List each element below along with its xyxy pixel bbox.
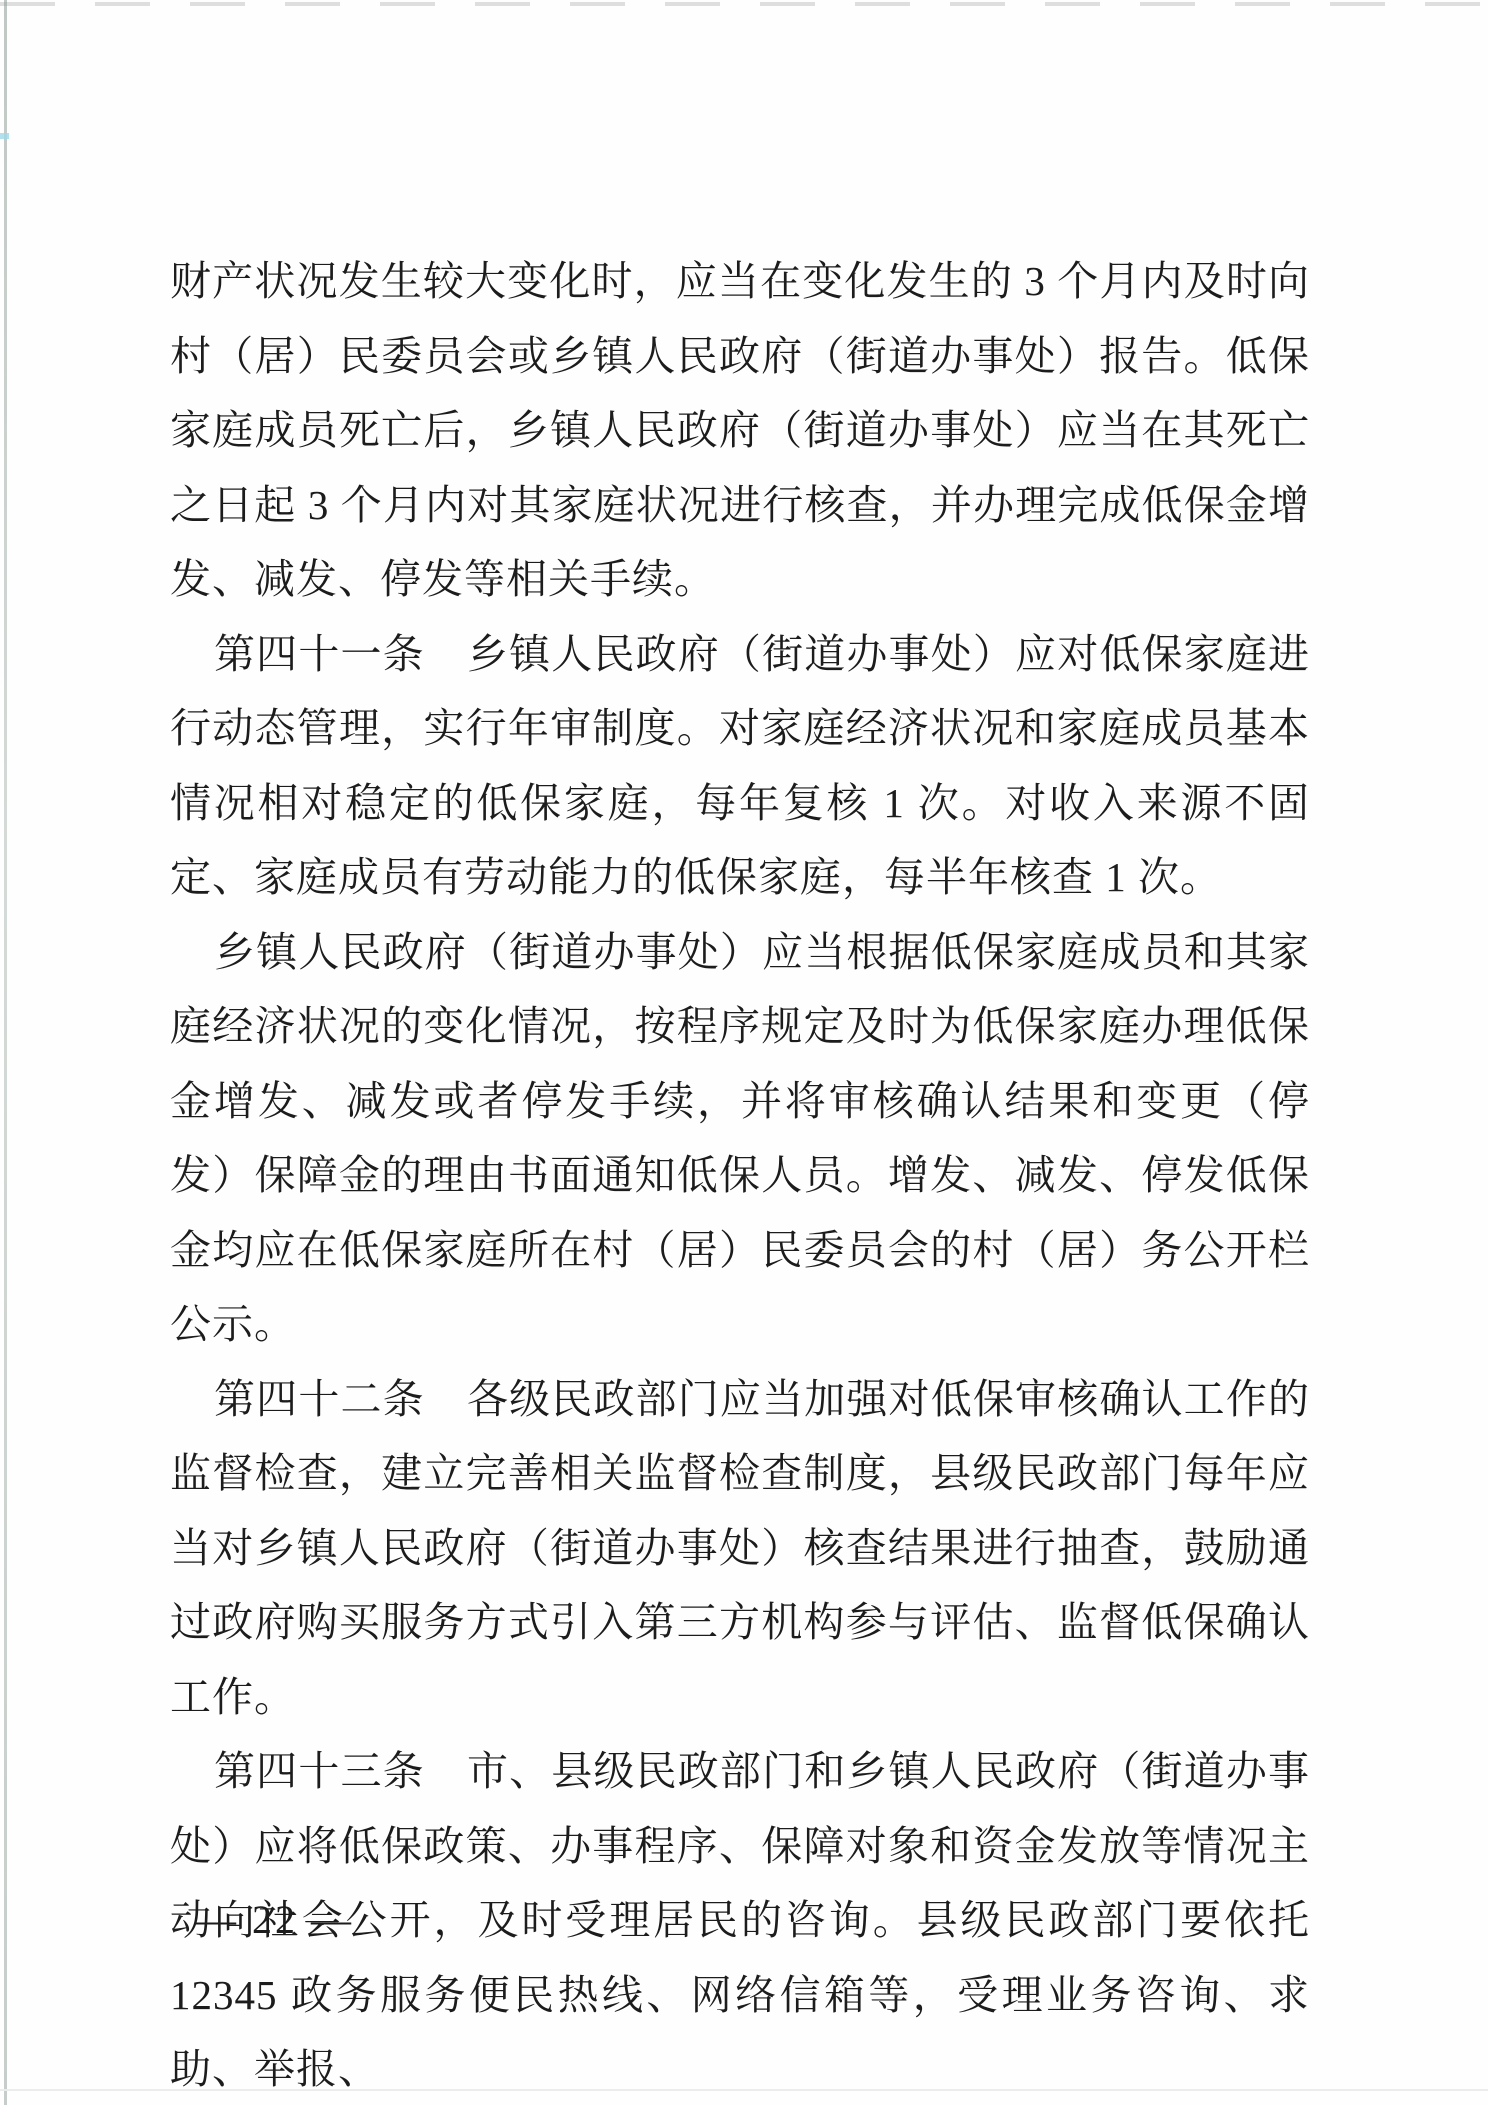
article-41-paragraph: 第四十一条 乡镇人民政府（街道办事处）应对低保家庭进行动态管理，实行年审制度。对… (170, 617, 1310, 915)
continuation-paragraph: 财产状况发生较大变化时，应当在变化发生的 3 个月内及时向村（居）民委员会或乡镇… (170, 244, 1310, 617)
document-body-text: 财产状况发生较大变化时，应当在变化发生的 3 个月内及时向村（居）民委员会或乡镇… (170, 244, 1310, 2105)
document-page: 财产状况发生较大变化时，应当在变化发生的 3 个月内及时向村（居）民委员会或乡镇… (0, 0, 1488, 2105)
scan-cyan-mark-artifact (0, 133, 9, 139)
article-41-second-paragraph: 乡镇人民政府（街道办事处）应当根据低保家庭成员和其家庭经济状况的变化情况，按程序… (170, 915, 1310, 1362)
page-number: — 22 — (196, 1896, 354, 1944)
article-42-paragraph: 第四十二条 各级民政部门应当加强对低保审核确认工作的监督检查，建立完善相关监督检… (170, 1362, 1310, 1735)
scan-top-edge-artifact (0, 2, 1488, 6)
scan-left-edge-artifact (4, 0, 7, 2105)
